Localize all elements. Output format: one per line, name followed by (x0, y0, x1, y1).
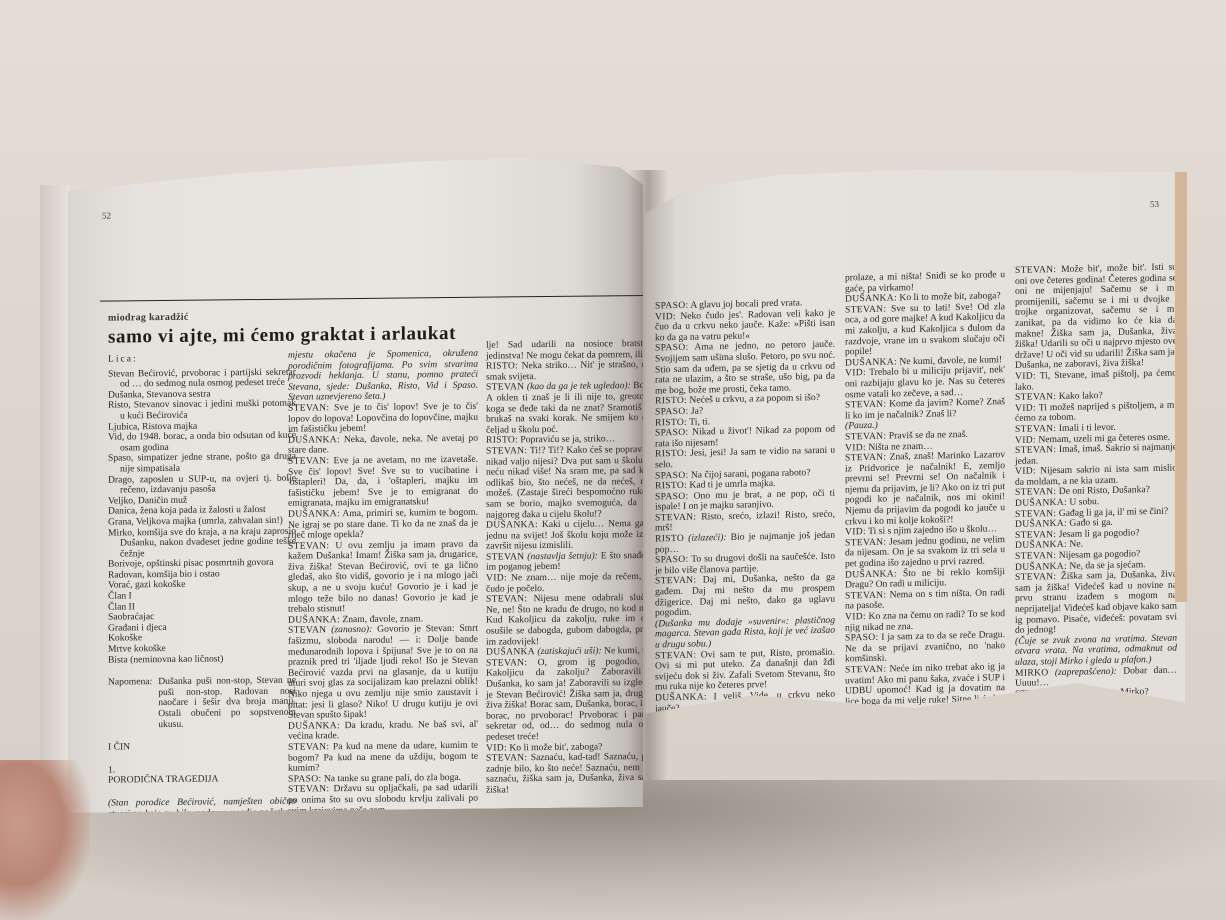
dialogue-line: STEVAN: Saznaću, kad-tad! Saznaću, pa mi… (486, 752, 643, 796)
dialogue-line: STEVAN: O, grom ig pogodio, kud Kakoljic… (486, 657, 643, 744)
dialogue-line: (Dušanka mu dodaje »suvenir«: plastičnog… (655, 615, 835, 651)
dialogue-line: VID: Jauče. (655, 711, 835, 714)
dialogue-line: STEVAN: U ovu zemlju ja imam pravo da ka… (288, 539, 478, 615)
header-rule (100, 295, 643, 302)
cast-member: Spaso, simpatizer jedne strane, pošto ga… (108, 452, 296, 475)
book-page-stack-edge (40, 185, 70, 805)
dialogue-line: STEVAN (primijetivši škorpus delikte na … (1015, 707, 1177, 713)
cast-member: Risto, Stevanov sinovac i jedini muški p… (108, 399, 296, 422)
dialogue-text: Ti!? Ti!? Kako ćeš se popravit kad nikad… (486, 444, 643, 520)
dialogue-line: STEVAN: Državu su opljačkali, pa sad uda… (288, 783, 478, 813)
dialogue-text: Trebalo bi u miliciju prijavit', nek' on… (845, 364, 1005, 400)
dialogue-line: STEVAN: Jesam jednu godinu, ne velim da … (845, 535, 1005, 570)
dialogue-text: Neko čudo jes'. Radovan veli kako je čuo… (655, 307, 835, 343)
dialogue-line: lje! Sad udarili na nosioce bratstva i j… (486, 339, 643, 362)
dialogue-line: STEVAN (nastavlja šetnju): E što snađe, … (486, 551, 643, 574)
dialogue-line: STEVAN: Sve su to lati! Sve! Od zla oca,… (845, 302, 1005, 358)
dialogue-text: Govorio je Stevan: Smrt fašizmu, sloboda… (288, 623, 478, 721)
dialogue-line: STEVAN: Nijesu mene odabrali slučajno. N… (486, 593, 643, 648)
dialogue-column-3: lje! Sad udarili na nosioce bratstva i j… (486, 339, 643, 796)
dialogue-column-r3: STEVAN: Može bit', može bit'. Isti su on… (1015, 263, 1177, 714)
dialogue-text: Može bit', može bit'. Isti su oni ove če… (1015, 262, 1177, 372)
cast-member: Drago, zaposlen u SUP-u, na ovjeri tj. b… (108, 473, 296, 496)
speaker-name: DUŠANKA: (288, 434, 340, 446)
speaker-name: RISTO (655, 533, 684, 545)
speaker-name: STEVAN: (655, 511, 696, 523)
dialogue-line: SPASO: Ama ne jedno, no petoro jauče. Sv… (655, 340, 835, 397)
page-number-right: 53 (1150, 199, 1159, 209)
right-page: 53 SPASO: A glavu joj bocali pred vrata.… (645, 162, 1185, 713)
dialogue-column-2: mjestu okačena je Spomenica, okružena po… (288, 349, 478, 813)
cast-member: Stevan Bećirović, prvoborac i partijski … (108, 367, 296, 390)
cast-list: Stevan Bećirović, prvoborac i partijski … (108, 367, 296, 666)
dialogue-column-r2: prolaze, a mi ništa! Sniđi se ko prođe u… (845, 270, 1005, 714)
dialogue-line: (Čuje se zvuk zvona na vratima. Stevan o… (1015, 633, 1177, 668)
cast-heading: Lica: (108, 353, 296, 366)
dialogue-text: Ti možeš naprijed s pištoljem, a mi ćemo… (1015, 399, 1177, 424)
dialogue-text: Ne. (1069, 539, 1083, 550)
dialogue-line: STEVAN (kao da ga je tek ugledao): Bog g… (486, 381, 643, 436)
book-cover-edge (1175, 172, 1187, 602)
speaker-name: STEVAN: (1015, 688, 1056, 700)
speaker-name: STEVAN (1015, 709, 1053, 714)
author-name: miodrag karadžić (108, 312, 189, 324)
speaker-name: DUŠANKA (486, 646, 535, 658)
cast-member: Mirko, komšija sve do kraja, a na kraju … (108, 526, 296, 560)
dialogue-line: STEVAN: Ovi sam te put, Risto, promašio.… (655, 647, 835, 693)
dialogue-line: STEVAN: Eve ja ne avetam, no me izavetaš… (288, 455, 478, 510)
dialogue-line: DUŠANKA: Ama, primiri se, kumim te bogom… (288, 508, 478, 542)
dialogue-line: VID: Ne znam… nije moje da rečem, neko č… (486, 572, 643, 595)
dialogue-text: Ne znam… nije moje da rečem, neko čudo j… (486, 571, 643, 594)
dialogue-text: mjestu okačena je Spomenica, okružena po… (288, 348, 478, 403)
dialogue-line: STEVAN: Daj mi, Dušanka, nešto da ga gađ… (655, 573, 835, 619)
dialogue-line: STEVAN (zanosno): Govorio je Stevan: Smr… (288, 624, 478, 721)
dialogue-line: RISTO: Neka striko… Nit' je strašno, nit… (486, 360, 643, 383)
cast-column: Lica: Stevan Bećirović, prvoborac i part… (108, 353, 296, 813)
left-page: 52 miodrag karadžić samo vi ajte, mi ćem… (68, 157, 643, 813)
dialogue-line: STEVAN: Pa kud na mene da udare, kumim t… (288, 741, 478, 775)
dialogue-line: STEVAN: Žiška sam ja, Dušanka, živa sam … (1015, 570, 1177, 637)
dialogue-line: SPASO: I ja sam za to da se reče Dragu. … (845, 630, 1005, 665)
dialogue-line: STEVAN: Može bit', može bit'. Isti su on… (1015, 263, 1177, 372)
dialogue-text: De oni Risto, Dušanka? (1059, 485, 1150, 498)
dialogue-text: (Dušanka mu dodaje »suvenir«: plastičnog… (655, 614, 835, 650)
stage-direction-inline: (izlazeći): (688, 532, 726, 544)
note-label: Napomena: (108, 677, 152, 730)
page-number-left: 52 (102, 211, 111, 221)
dialogue-text: Jauče. (678, 713, 702, 714)
note-block: Napomena: Dušanka puši non-stop, Stevan … (108, 676, 296, 731)
dialogue-column-r1: SPASO: A glavu joj bocali pred vrata.VID… (655, 298, 835, 714)
dialogue-line: STEVAN: Ti!? Ti!? Kako ćeš se popravit k… (486, 445, 643, 521)
speaker-name: MIRKO: (1015, 698, 1051, 710)
speaker-name: RISTO: (486, 360, 518, 371)
dialogue-text: O, grom ig pogodio, kud Kakoljicu da zak… (486, 656, 643, 743)
dialogue-text: Ja? (691, 405, 703, 416)
stage-direction-inline: (primijetivši škorpus delikte na ulazu): (1015, 706, 1177, 713)
holding-hand (0, 760, 90, 920)
stage-direction-inline: (zaprepašćeno): (1055, 665, 1117, 677)
dialogue-text: lje! Sad udarili na nosioce bratstva i j… (486, 338, 643, 361)
dialogue-line: STEVAN: Znaš, znaš! Marinko Lazarov iz P… (845, 450, 1005, 528)
dialogue-text: (Čuje se zvuk zvona na vratima. Stevan o… (1015, 632, 1177, 668)
stage-direction-inline: (nastavlja šetnju): (527, 550, 598, 562)
dialogue-text: Uuuu!… (1054, 698, 1088, 710)
note-text: Dušanka puši non-stop, Stevan ne puši no… (158, 676, 296, 730)
dialogue-line: DUŠANKA: I veliš, Vide, u crkvu neko jau… (655, 690, 835, 714)
play-title: samo vi ajte, mi ćemo graktat i arlaukat (108, 323, 456, 349)
dialogue-line: STEVAN: Kojim dobrom, Mirko? (1015, 686, 1177, 700)
dialogue-line: STEVAN: Sve je to čis' lopov! Sve je to … (288, 402, 478, 436)
dialogue-line: mjestu okačena je Spomenica, okružena po… (288, 349, 478, 404)
dialogue-line: STEVAN: Neće im niko trebat ako ig ja uv… (845, 662, 1005, 714)
dialogue-line: MIRKO: Uuuu!… (1015, 697, 1177, 711)
speaker-name: VID: (486, 742, 507, 753)
dialogue-text: U ovu zemlju ja imam pravo da kažem Duša… (288, 538, 478, 615)
dialogue-text: Ti, Stevane, imaš pištolj, pa ćemo lako. (1015, 367, 1177, 392)
speaker-name: DUŠANKA: (655, 691, 707, 703)
dialogue-text: Nijesam sakrio ni ista sam mislio da mol… (1015, 463, 1177, 488)
dialogue-line: VID: Trebalo bi u miliciju prijavit', ne… (845, 365, 1005, 400)
stage-direction: (Stan porodice Bećirović, namješten obič… (108, 797, 296, 813)
dialogue-line: DUŠANKA: Kaki u cijelu… Nema ga ni u jed… (486, 519, 643, 553)
dialogue-text: Kojim dobrom, Mirko? (1059, 686, 1149, 699)
speaker-name: VID: (486, 572, 507, 583)
dialogue-line: VID: Neko čudo jes'. Radovan veli kako j… (655, 308, 835, 344)
dialogue-text: Nećeš u crkvu, a za popom si išo? (689, 392, 820, 406)
speaker-name: RISTO: (486, 435, 518, 446)
